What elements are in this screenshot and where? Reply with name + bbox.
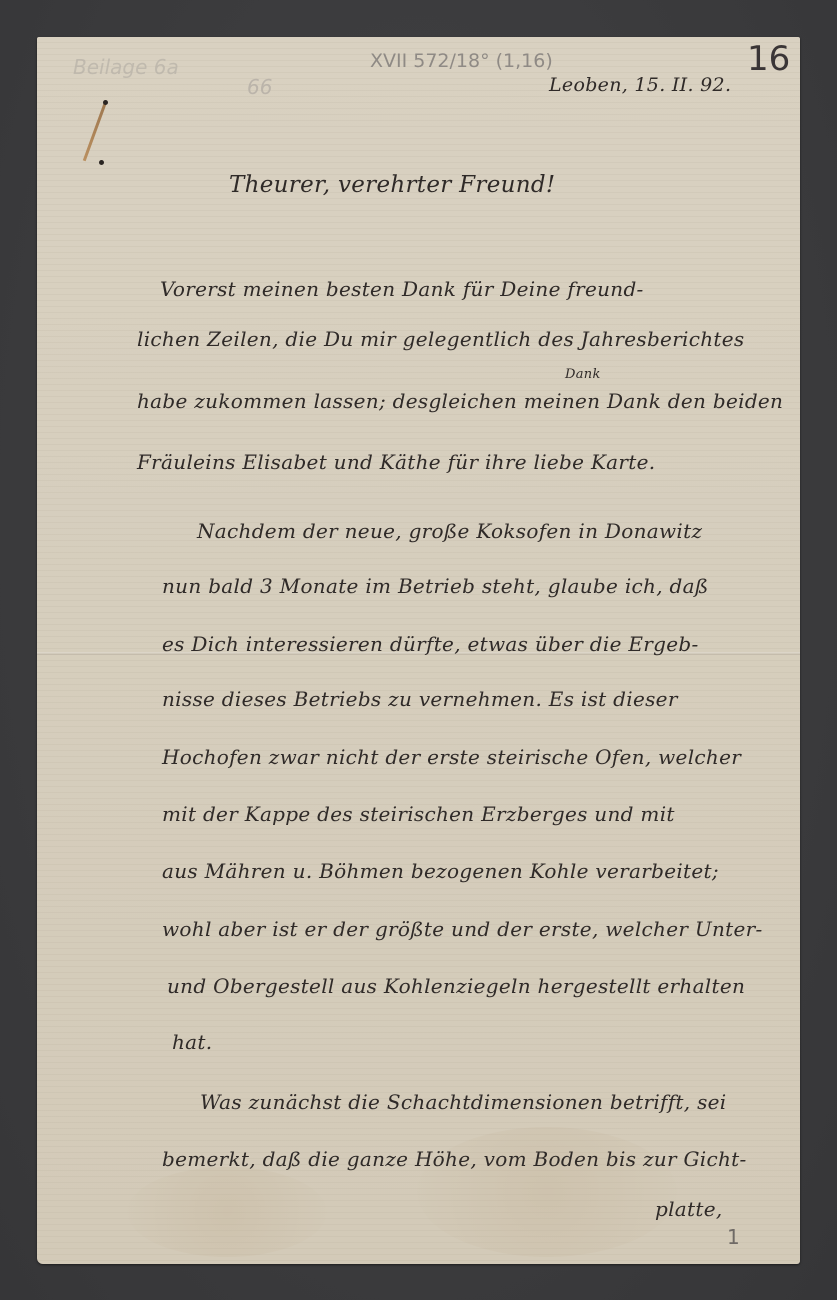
letter-line: es Dich interessieren dürfte, etwas über… bbox=[162, 632, 699, 656]
pencil-note-number: 66 bbox=[247, 75, 272, 99]
letter-line: Vorerst meinen besten Dank für Deine fre… bbox=[160, 277, 644, 301]
letter-line: nun bald 3 Monate im Betrieb steht, glau… bbox=[162, 574, 709, 598]
letter-line: Nachdem der neue, große Koksofen in Dona… bbox=[197, 519, 702, 543]
pencil-note-beilage: Beilage 6a bbox=[73, 55, 179, 79]
pin-hole-top bbox=[103, 100, 108, 105]
letter-line: platte, bbox=[655, 1197, 723, 1221]
letter-line: Was zunächst die Schachtdimensionen betr… bbox=[200, 1090, 726, 1114]
letter-line: lichen Zeilen, die Du mir gelegentlich d… bbox=[137, 327, 744, 351]
letter-page: Beilage 6a 66 XVII 572/18° (1,16) 16 Leo… bbox=[37, 37, 800, 1264]
paper-stain bbox=[127, 1167, 327, 1257]
place-date: Leoben, 15. II. 92. bbox=[549, 74, 731, 96]
inserted-word: Dank bbox=[565, 367, 601, 382]
letter-line: wohl aber ist er der größte und der erst… bbox=[162, 917, 763, 941]
letter-line: mit der Kappe des steirischen Erzberges … bbox=[162, 802, 675, 826]
letter-line: habe zukommen lassen; desgleichen meinen… bbox=[137, 389, 783, 413]
letter-line: und Obergestell aus Kohlenziegeln herges… bbox=[167, 974, 745, 998]
pin-hole-bottom bbox=[99, 160, 104, 165]
letter-line: bemerkt, daß die ganze Höhe, vom Boden b… bbox=[162, 1147, 747, 1171]
archive-signature: XVII 572/18° (1,16) bbox=[370, 50, 553, 72]
letter-line: nisse dieses Betriebs zu vernehmen. Es i… bbox=[162, 687, 678, 711]
rust-mark bbox=[83, 102, 107, 161]
page-number: 1 bbox=[727, 1225, 740, 1249]
folio-number: 16 bbox=[747, 39, 790, 79]
letter-line: Hochofen zwar nicht der erste steirische… bbox=[162, 745, 741, 769]
letter-line: aus Mähren u. Böhmen bezogenen Kohle ver… bbox=[162, 859, 719, 883]
salutation: Theurer, verehrter Freund! bbox=[229, 172, 555, 198]
letter-line: Fräuleins Elisabet und Käthe für ihre li… bbox=[137, 450, 655, 474]
letter-line: hat. bbox=[172, 1030, 212, 1054]
